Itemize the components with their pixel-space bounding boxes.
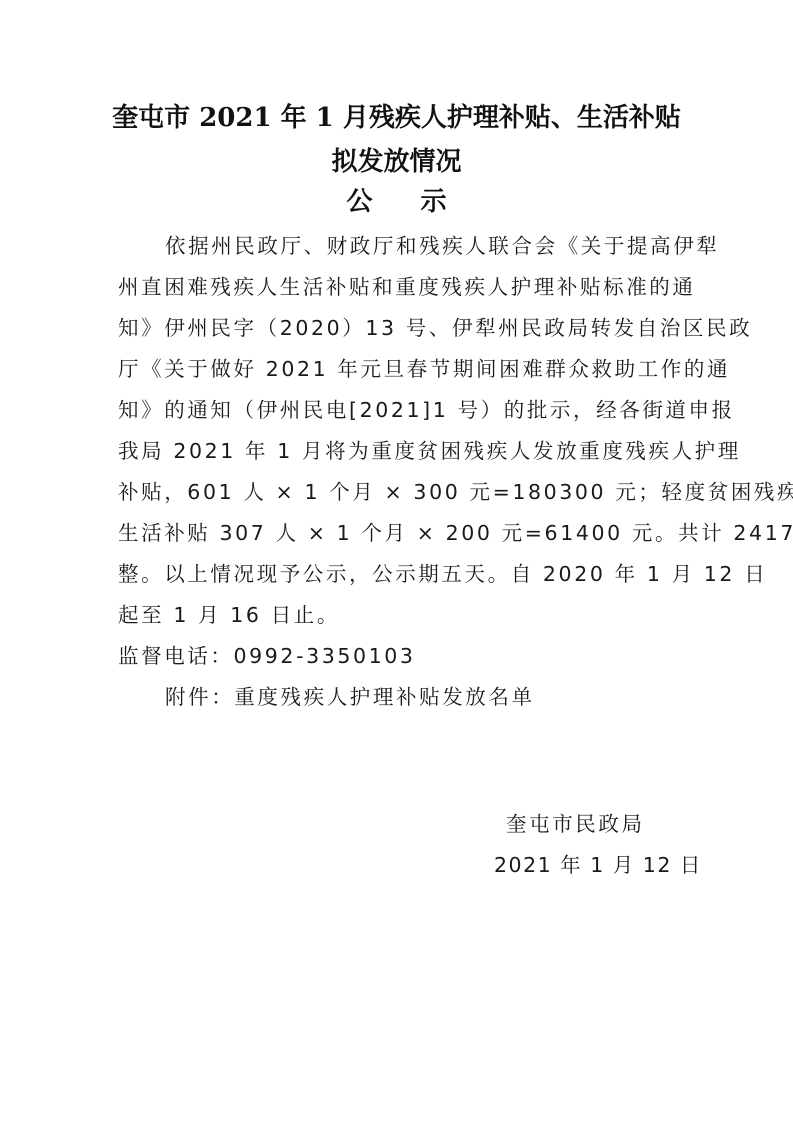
attachment-note: 附件：重度残疾人护理补贴发放名单 <box>165 677 535 718</box>
body-line: 依据州民政厅、财政厅和残疾人联合会《关于提高伊犁 <box>118 226 678 267</box>
supervision-phone: 监督电话：0992-3350103 <box>118 636 416 677</box>
document-title-line-2: 拟发放情况 <box>0 146 793 178</box>
notice-char-1: 公 <box>346 186 372 218</box>
notice-body-paragraph: 依据州民政厅、财政厅和残疾人联合会《关于提高伊犁 州直困难残疾人生活补贴和重度残… <box>118 226 678 636</box>
body-line: 整。以上情况现予公示，公示期五天。自 2020 年 1 月 12 日 <box>118 554 678 595</box>
body-line: 知》的通知（伊州民电[2021]1 号）的批示，经各街道申报 <box>118 390 678 431</box>
body-line: 我局 2021 年 1 月将为重度贫困残疾人发放重度残疾人护理 <box>118 431 678 472</box>
signature-date: 2021 年 1 月 12 日 <box>494 845 702 886</box>
body-line: 州直困难残疾人生活补贴和重度残疾人护理补贴标准的通 <box>118 267 678 308</box>
body-line: 厅《关于做好 2021 年元旦春节期间困难群众救助工作的通 <box>118 349 678 390</box>
document-title-notice: 公示 <box>0 186 793 218</box>
document-title-line-1: 奎屯市 2021 年 1 月残疾人护理补贴、生活补贴 <box>0 102 793 134</box>
signature-organization: 奎屯市民政局 <box>506 804 645 845</box>
notice-char-2: 示 <box>421 186 447 218</box>
body-line: 知》伊州民字（2020）13 号、伊犁州民政局转发自治区民政 <box>118 308 678 349</box>
body-line: 生活补贴 307 人 × 1 个月 × 200 元=61400 元。共计 241… <box>118 513 678 554</box>
document-page: 奎屯市 2021 年 1 月残疾人护理补贴、生活补贴 拟发放情况 公示 依据州民… <box>0 0 793 1122</box>
body-line: 补贴，601 人 × 1 个月 × 300 元=180300 元；轻度贫困残疾人 <box>118 472 678 513</box>
body-line: 起至 1 月 16 日止。 <box>118 595 678 636</box>
